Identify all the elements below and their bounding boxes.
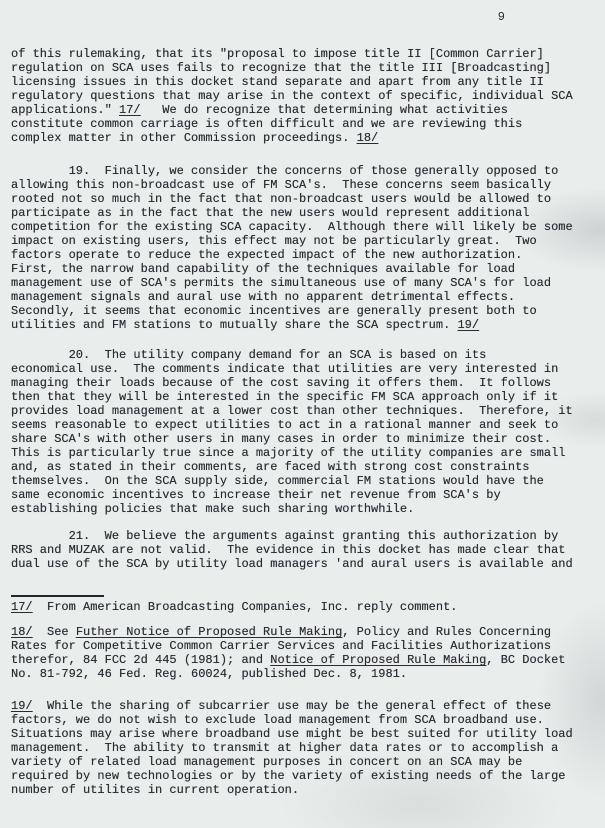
paragraph-21: 21. We believe the arguments against gra… [11,529,599,571]
document-page: 9 of this rulemaking, that its "proposal… [0,0,605,828]
footnote-18: 18/ See Futher Notice of Proposed Rule M… [11,625,599,681]
page-number: 9 [11,0,599,24]
footnote-17: 17/ From American Broadcasting Companies… [11,600,599,614]
paragraph-20: 20. The utility company demand for an SC… [11,348,599,516]
footnote-19: 19/ While the sharing of subcarrier use … [11,699,599,797]
footnote-separator-rule [11,595,104,597]
paragraph-continuation: of this rulemaking, that its "proposal t… [11,47,599,145]
paragraph-19: 19. Finally, we consider the concerns of… [11,164,599,332]
